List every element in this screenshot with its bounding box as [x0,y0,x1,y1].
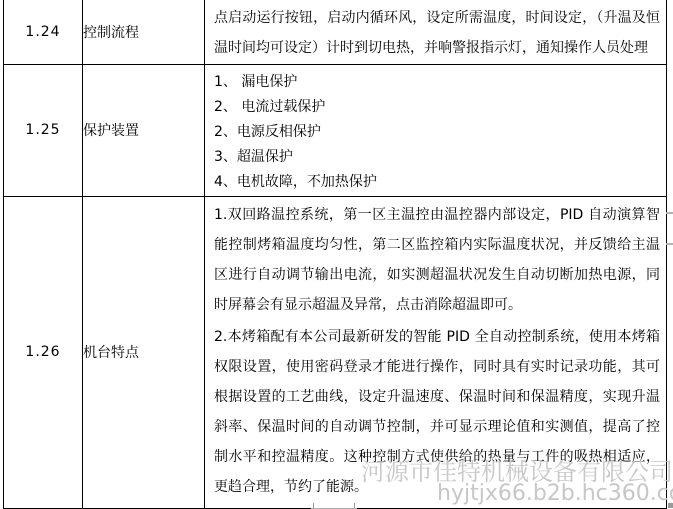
row-number: 1.25 [4,64,83,196]
protection-list-item: 2、电源反相保护 [214,120,660,145]
right-edge-tick [666,212,673,214]
row-label: 保护装置 [83,64,205,196]
row-label: 控制流程 [83,0,205,64]
row-label: 机台特点 [83,196,205,509]
row-number: 1.24 [4,0,83,64]
row-number: 1.26 [4,196,83,509]
protection-list-item: 2、 电流过载保护 [214,95,660,120]
protection-list-item: 1、 漏电保护 [214,70,660,95]
bottom-scrollbar-fragment [311,503,357,509]
content-paragraph: 1.双回路温控系统，第一区主温控由温控器内部设定，PID 自动演算智能控制烤箱温… [214,200,660,320]
protection-list-item: 3、超温保护 [214,145,660,170]
page: { "table": { "rows": [ { "no": "1.24", "… [0,0,673,509]
table-row: 1.25 保护装置 1、 漏电保护 2、 电流过载保护 2、电源反相保护 3、超… [4,64,667,196]
table-row: 1.24 控制流程 点启动运行按钮，启动内循环风，设定所需温度，时间设定，（升温… [4,0,667,64]
right-edge-tick [666,243,673,245]
spec-table: 1.24 控制流程 点启动运行按钮，启动内循环风，设定所需温度，时间设定，（升温… [3,0,667,509]
row-content: 1、 漏电保护 2、 电流过载保护 2、电源反相保护 3、超温保护 4、电机故障… [205,64,667,196]
protection-list-item: 4、电机故障，不加热保护 [214,170,660,195]
content-paragraph: 点启动运行按钮，启动内循环风，设定所需温度，时间设定，（升温及恒温时间均可设定）… [214,1,660,63]
url-watermark: hyjtjx66.b2b.hc360.com [437,481,673,506]
row-content: 点启动运行按钮，启动内循环风，设定所需温度，时间设定，（升温及恒温时间均可设定）… [205,0,667,64]
